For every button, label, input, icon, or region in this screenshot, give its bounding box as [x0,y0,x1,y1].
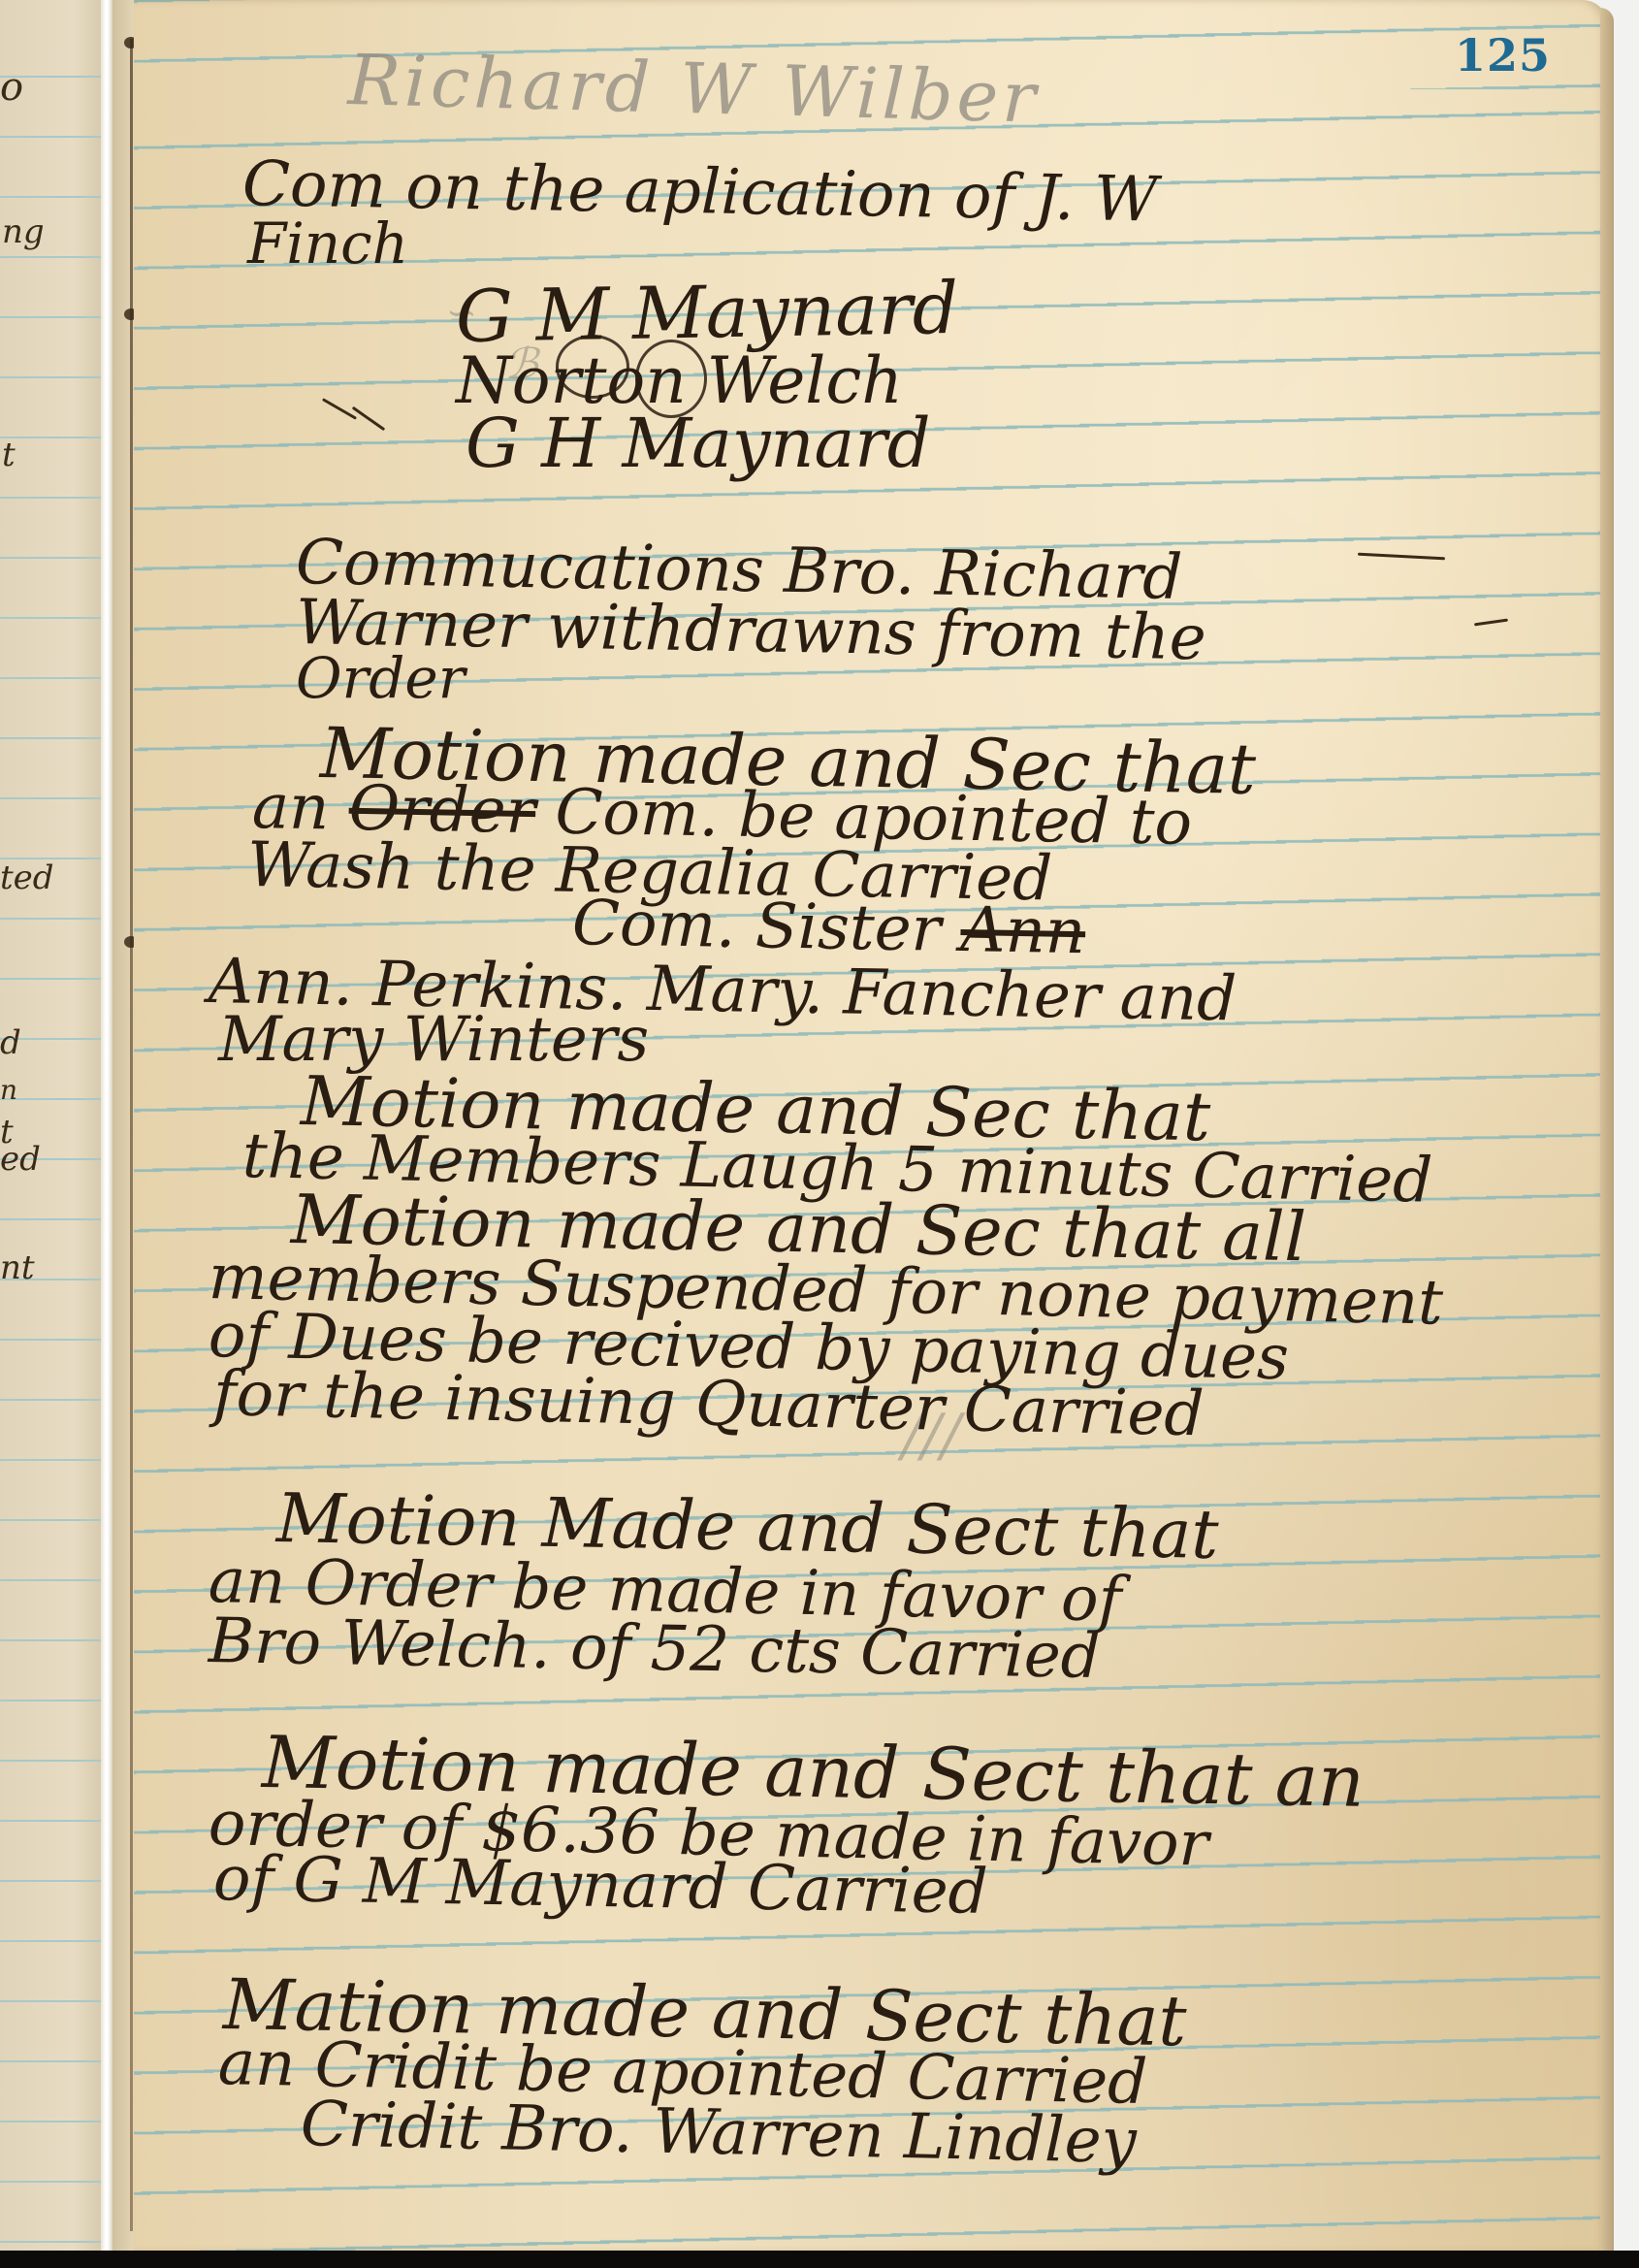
entry-line: Bro Welch. of 52 cts Carried [208,1610,1101,1688]
circled-name-flourish [556,335,629,399]
left-page-fragment: ted [0,861,54,894]
committee-name: G H Maynard [466,409,931,477]
committee-name: G M Maynard [455,273,958,353]
entry-line: Finch [247,215,408,272]
entry-line: of G M Maynard Carried [212,1848,988,1924]
left-page-fragment: o [0,68,23,107]
circled-name-flourish [635,340,707,418]
left-page-fragment: n [0,1077,17,1104]
gutter-glare [101,0,112,2268]
previous-page-edge: o ng t ted d n t ed nt [0,0,105,2251]
left-page-fragment: t [2,438,16,471]
page-edge [1600,8,1614,2251]
left-page-fragment: d [0,1026,21,1059]
struck-word: Ann [960,894,1086,968]
left-page-fragment: ng [2,215,45,248]
left-page-fragment: nt [0,1251,35,1284]
left-page-fragment: ed [0,1143,41,1176]
binding-stitch [130,39,133,2231]
scanned-ledger-spread: o ng t ted d n t ed nt 125 Richard W Wil… [0,0,1639,2268]
entry-line: Cridit Bro. Warren Lindley [300,2093,1137,2173]
entry-line: Order [296,650,465,706]
entry-line: Mary Winters [218,1009,649,1071]
scan-bottom-edge [0,2251,1639,2268]
page-number: 125 [1455,29,1551,81]
